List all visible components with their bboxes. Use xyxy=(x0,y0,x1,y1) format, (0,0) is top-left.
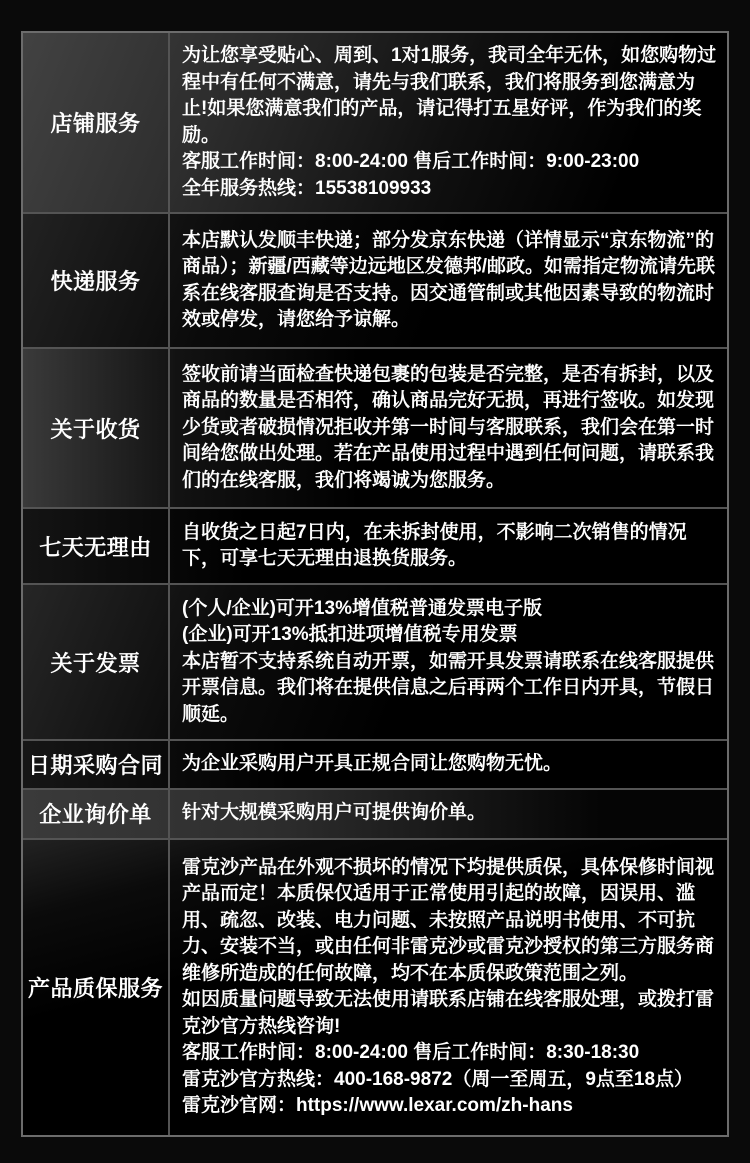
content-paragraph: 雷克沙官方热线：400-168-9872（周一至周五，9点至18点） xyxy=(182,1067,717,1094)
table-row: 关于收货签收前请当面检查快递包裹的包装是否完整，是否有拆封，以及商品的数量是否相… xyxy=(23,347,727,507)
content-paragraph: 雷克沙产品在外观不损坏的情况下均提供质保，具体保修时间视产品而定！本质保仅适用于… xyxy=(182,855,717,988)
table-row: 日期采购合同为企业采购用户开具正规合同让您购物无忧。 xyxy=(23,739,727,788)
content-paragraph: (个人/企业)可开13%增值税普通发票电子版 xyxy=(182,596,717,623)
row-content-cell: (个人/企业)可开13%增值税普通发票电子版(企业)可开13%抵扣进项增值税专用… xyxy=(170,585,727,739)
content-paragraph: 针对大规模采购用户可提供询价单。 xyxy=(182,800,717,827)
content-paragraph: 为企业采购用户开具正规合同让您购物无忧。 xyxy=(182,751,717,778)
content-paragraph: 客服工作时间：8:00-24:00 售后工作时间：8:30-18:30 xyxy=(182,1040,717,1067)
row-label-cell: 七天无理由 xyxy=(23,509,170,583)
table-row: 关于发票(个人/企业)可开13%增值税普通发票电子版(企业)可开13%抵扣进项增… xyxy=(23,583,727,739)
content-paragraph: 签收前请当面检查快递包裹的包装是否完整，是否有拆封，以及商品的数量是否相符，确认… xyxy=(182,362,717,495)
row-content-cell: 自收货之日起7日内，在未拆封使用，不影响二次销售的情况下，可享七天无理由退换货服… xyxy=(170,509,727,583)
row-label-cell: 快递服务 xyxy=(23,214,170,347)
store-service-table: 店铺服务为让您享受贴心、周到、1对1服务，我司全年无休，如您购物过程中有任何不满… xyxy=(21,31,729,1137)
row-content-cell: 为让您享受贴心、周到、1对1服务，我司全年无休，如您购物过程中有任何不满意，请先… xyxy=(170,33,727,212)
row-content-cell: 针对大规模采购用户可提供询价单。 xyxy=(170,790,727,838)
row-content-cell: 为企业采购用户开具正规合同让您购物无忧。 xyxy=(170,741,727,788)
row-label-cell: 关于发票 xyxy=(23,585,170,739)
content-paragraph: 雷克沙官网：https://www.lexar.com/zh-hans xyxy=(182,1093,717,1120)
content-paragraph: 本店默认发顺丰快递；部分发京东快递（详情显示“京东物流”的商品）；新疆/西藏等边… xyxy=(182,228,717,334)
table-row: 产品质保服务雷克沙产品在外观不损坏的情况下均提供质保，具体保修时间视产品而定！本… xyxy=(23,838,727,1135)
content-paragraph: 全年服务热线：15538109933 xyxy=(182,176,717,203)
row-label-cell: 店铺服务 xyxy=(23,33,170,212)
row-content-cell: 雷克沙产品在外观不损坏的情况下均提供质保，具体保修时间视产品而定！本质保仅适用于… xyxy=(170,840,727,1135)
content-paragraph: 为让您享受贴心、周到、1对1服务，我司全年无休，如您购物过程中有任何不满意，请先… xyxy=(182,43,717,149)
row-content-cell: 本店默认发顺丰快递；部分发京东快递（详情显示“京东物流”的商品）；新疆/西藏等边… xyxy=(170,214,727,347)
content-paragraph: 客服工作时间：8:00-24:00 售后工作时间：9:00-23:00 xyxy=(182,149,717,176)
table-row: 七天无理由自收货之日起7日内，在未拆封使用，不影响二次销售的情况下，可享七天无理… xyxy=(23,507,727,583)
content-paragraph: 自收货之日起7日内，在未拆封使用，不影响二次销售的情况下，可享七天无理由退换货服… xyxy=(182,520,717,573)
row-label-cell: 产品质保服务 xyxy=(23,840,170,1135)
page-background: 店铺服务为让您享受贴心、周到、1对1服务，我司全年无休，如您购物过程中有任何不满… xyxy=(0,0,750,1163)
table-row: 企业询价单针对大规模采购用户可提供询价单。 xyxy=(23,788,727,838)
content-paragraph: 如因质量问题导致无法使用请联系店铺在线客服处理，或拨打雷克沙官方热线咨询! xyxy=(182,987,717,1040)
content-paragraph: 本店暂不支持系统自动开票，如需开具发票请联系在线客服提供开票信息。我们将在提供信… xyxy=(182,649,717,729)
row-content-cell: 签收前请当面检查快递包裹的包装是否完整，是否有拆封，以及商品的数量是否相符，确认… xyxy=(170,349,727,507)
row-label-cell: 关于收货 xyxy=(23,349,170,507)
table-row: 快递服务本店默认发顺丰快递；部分发京东快递（详情显示“京东物流”的商品）；新疆/… xyxy=(23,212,727,347)
table-row: 店铺服务为让您享受贴心、周到、1对1服务，我司全年无休，如您购物过程中有任何不满… xyxy=(23,33,727,212)
row-label-cell: 企业询价单 xyxy=(23,790,170,838)
row-label-cell: 日期采购合同 xyxy=(23,741,170,788)
content-paragraph: (企业)可开13%抵扣进项增值税专用发票 xyxy=(182,622,717,649)
